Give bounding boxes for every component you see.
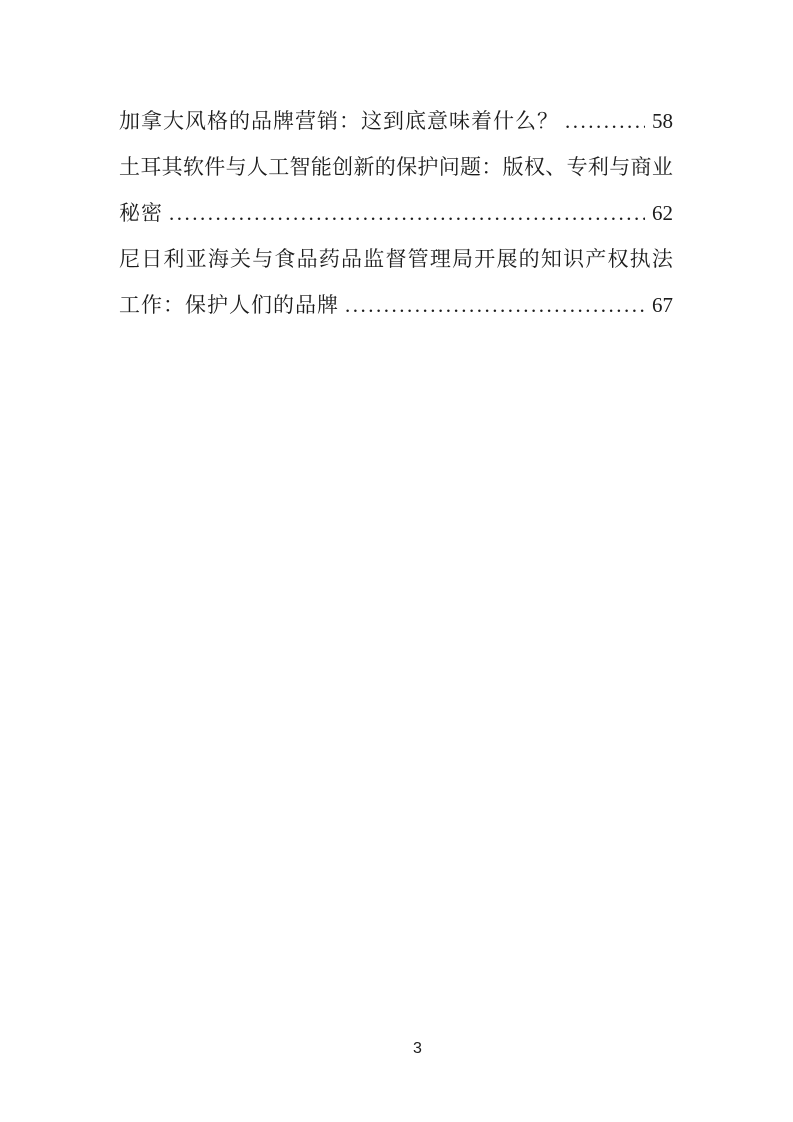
toc-entry[interactable]: 土耳其软件与人工智能创新的保护问题：版权、专利与商业秘密............…	[119, 144, 673, 236]
toc-dot-leader: ........................................…	[169, 190, 645, 236]
toc-entry-page-number: 58	[645, 98, 673, 144]
toc-entry-line: 尼日利亚海关与食品药品监督管理局开展的知识产权执法	[119, 236, 673, 282]
toc-dot-leader: ........................................…	[345, 282, 645, 328]
toc-entry-page-number: 62	[645, 190, 673, 236]
toc-entry-line: 工作：保护人们的品牌..............................…	[119, 282, 673, 328]
toc: 加拿大风格的品牌营销：这到底意味着什么？....................…	[119, 98, 673, 328]
toc-entry-title: 工作：保护人们的品牌	[119, 282, 339, 328]
toc-entry-line: 加拿大风格的品牌营销：这到底意味着什么？....................…	[119, 98, 673, 144]
toc-entry[interactable]: 加拿大风格的品牌营销：这到底意味着什么？....................…	[119, 98, 673, 144]
toc-entry-line: 秘密......................................…	[119, 190, 673, 236]
toc-entry[interactable]: 尼日利亚海关与食品药品监督管理局开展的知识产权执法工作：保护人们的品牌.....…	[119, 236, 673, 328]
toc-entry-page-number: 67	[645, 282, 673, 328]
document-page: 加拿大风格的品牌营销：这到底意味着什么？....................…	[0, 0, 793, 1122]
toc-dot-leader: ........................................…	[565, 98, 645, 144]
footer-page-number: 3	[21, 1040, 793, 1058]
toc-entry-title: 加拿大风格的品牌营销：这到底意味着什么？	[119, 98, 559, 144]
toc-entry-line: 土耳其软件与人工智能创新的保护问题：版权、专利与商业	[119, 144, 673, 190]
toc-entry-title: 秘密	[119, 190, 163, 236]
